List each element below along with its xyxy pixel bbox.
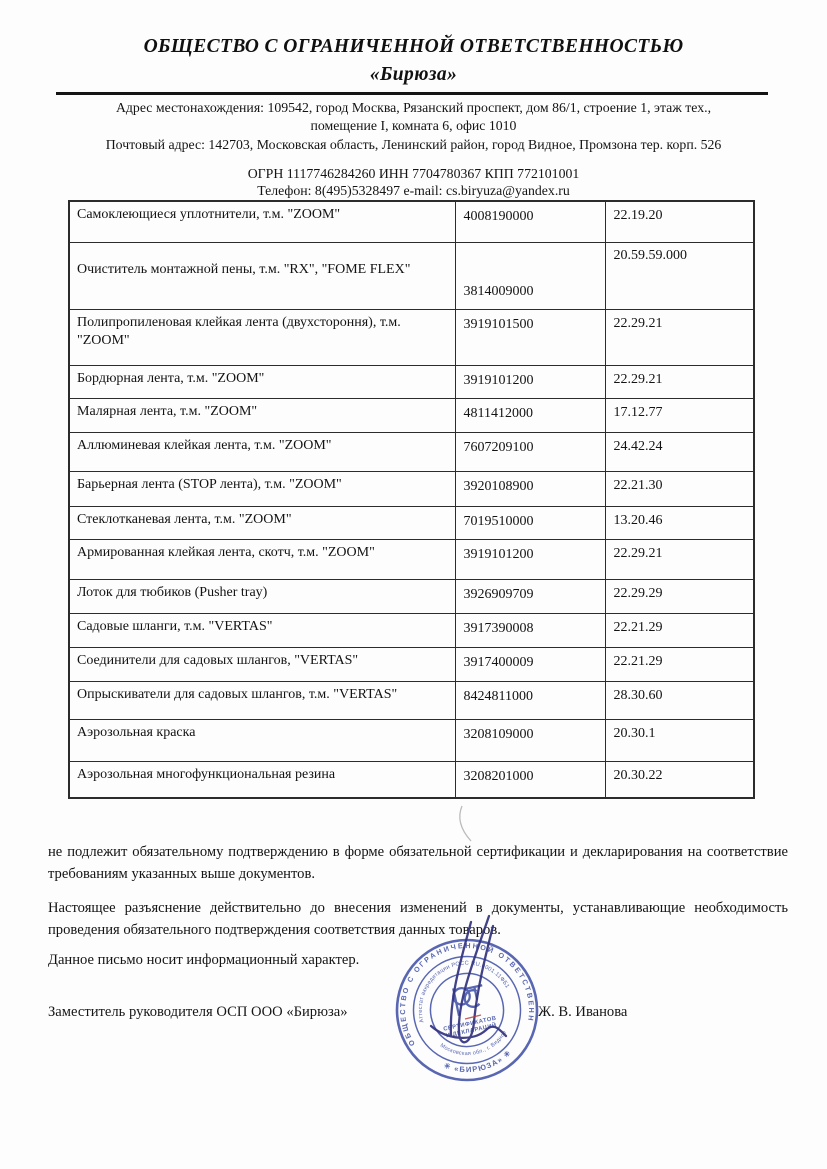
table-row: Опрыскиватели для садовых шлангов, т.м. … xyxy=(69,681,754,719)
tnved-code-cell: 3919101500 xyxy=(455,309,605,365)
table-row: Лоток для тюбиков (Pusher tray) 39269097… xyxy=(69,579,754,613)
tnved-code-cell: 4811412000 xyxy=(455,398,605,432)
product-name-cell: Барьерная лента (STOP лента), т.м. "ZOOM… xyxy=(69,471,455,506)
table-row: Малярная лента, т.м. "ZOOM" 4811412000 1… xyxy=(69,398,754,432)
table-row: Бордюрная лента, т.м. "ZOOM" 3919101200 … xyxy=(69,365,754,398)
org-name-line2: «Бирюза» xyxy=(0,64,827,86)
okpd-code-cell: 28.30.60 xyxy=(605,681,754,719)
tnved-code-cell: 7607209100 xyxy=(455,432,605,471)
product-name-cell: Полипропиленовая клейкая лента (двухстор… xyxy=(69,309,455,365)
okpd-code-cell: 24.42.24 xyxy=(605,432,754,471)
okpd-code-cell: 22.19.20 xyxy=(605,201,754,242)
table-row: Полипропиленовая клейкая лента (двухстор… xyxy=(69,309,754,365)
product-name-cell: Самоклеющиеся уплотнители, т.м. "ZOOM" xyxy=(69,201,455,242)
company-stamp-seal: ОБЩЕСТВО С ОГРАНИЧЕННОЙ ОТВЕТСТВЕННОСТЬЮ… xyxy=(364,907,570,1113)
tnved-code-cell: 8424811000 xyxy=(455,681,605,719)
paragraph-certification: не подлежит обязательному подтверждению … xyxy=(48,842,788,886)
okpd-code-cell: 22.29.29 xyxy=(605,579,754,613)
tnved-code-cell: 3208109000 xyxy=(455,719,605,761)
rst-logo-icon xyxy=(452,982,488,1016)
okpd-code-cell: 20.59.59.000 xyxy=(605,242,754,309)
registration-numbers: ОГРН 1117746284260 ИНН 7704780367 КПП 77… xyxy=(0,166,827,182)
okpd-code-cell: 20.30.1 xyxy=(605,719,754,761)
product-name-cell: Садовые шланги, т.м. "VERTAS" xyxy=(69,613,455,647)
tnved-code-cell: 3920108900 xyxy=(455,471,605,506)
phone-email-line: Телефон: 8(495)5328497 e-mail: cs.biryuz… xyxy=(0,183,827,199)
table-row: Аэрозольная многофункциональная резина 3… xyxy=(69,761,754,798)
table-row: Армированная клейкая лента, скотч, т.м. … xyxy=(69,539,754,579)
tnved-code-cell: 3919101200 xyxy=(455,365,605,398)
okpd-code-cell: 22.29.21 xyxy=(605,309,754,365)
tnved-code-cell: 3917400009 xyxy=(455,647,605,681)
table-row: Стеклотканевая лента, т.м. "ZOOM" 701951… xyxy=(69,506,754,539)
table-row: Очиститель монтажной пены, т.м. "RX", "F… xyxy=(69,242,754,309)
table-row: Аэрозольная краска 3208109000 20.30.1 xyxy=(69,719,754,761)
table-row: Барьерная лента (STOP лента), т.м. "ZOOM… xyxy=(69,471,754,506)
okpd-code-cell: 13.20.46 xyxy=(605,506,754,539)
okpd-code-cell: 20.30.22 xyxy=(605,761,754,798)
tnved-code-cell: 4008190000 xyxy=(455,201,605,242)
products-table-body: Самоклеющиеся уплотнители, т.м. "ZOOM" 4… xyxy=(69,201,754,798)
product-name-cell: Аэрозольная краска xyxy=(69,719,455,761)
tnved-code-cell: 7019510000 xyxy=(455,506,605,539)
okpd-code-cell: 22.29.21 xyxy=(605,539,754,579)
address-line2: помещение I, комната 6, офис 1010 xyxy=(0,118,827,134)
table-row: Соединители для садовых шлангов, "VERTAS… xyxy=(69,647,754,681)
product-name-cell: Очиститель монтажной пены, т.м. "RX", "F… xyxy=(69,242,455,309)
signatory-title: Заместитель руководителя ОСП ООО «Бирюза… xyxy=(48,1004,348,1021)
okpd-code-cell: 22.21.29 xyxy=(605,613,754,647)
products-table: Самоклеющиеся уплотнители, т.м. "ZOOM" 4… xyxy=(68,200,755,799)
okpd-code-cell: 17.12.77 xyxy=(605,398,754,432)
product-name-cell: Опрыскиватели для садовых шлангов, т.м. … xyxy=(69,681,455,719)
okpd-code-cell: 22.29.21 xyxy=(605,365,754,398)
product-name-cell: Соединители для садовых шлангов, "VERTAS… xyxy=(69,647,455,681)
tnved-code-cell: 3814009000 xyxy=(455,242,605,309)
header-divider xyxy=(56,92,768,95)
table-row: Садовые шланги, т.м. "VERTAS" 3917390008… xyxy=(69,613,754,647)
product-name-cell: Аэрозольная многофункциональная резина xyxy=(69,761,455,798)
product-name-cell: Армированная клейкая лента, скотч, т.м. … xyxy=(69,539,455,579)
product-name-cell: Стеклотканевая лента, т.м. "ZOOM" xyxy=(69,506,455,539)
stray-pen-mark xyxy=(460,806,471,841)
org-name-line1: ОБЩЕСТВО С ОГРАНИЧЕННОЙ ОТВЕТСТВЕННОСТЬЮ xyxy=(0,36,827,58)
tnved-code-cell: 3926909709 xyxy=(455,579,605,613)
product-name-cell: Малярная лента, т.м. "ZOOM" xyxy=(69,398,455,432)
tnved-code-cell: 3919101200 xyxy=(455,539,605,579)
product-name-cell: Аллюминевая клейкая лента, т.м. "ZOOM" xyxy=(69,432,455,471)
product-name-cell: Бордюрная лента, т.м. "ZOOM" xyxy=(69,365,455,398)
postal-address: Почтовый адрес: 142703, Московская облас… xyxy=(0,137,827,153)
table-row: Аллюминевая клейкая лента, т.м. "ZOOM" 7… xyxy=(69,432,754,471)
scanned-letter-page: ОБЩЕСТВО С ОГРАНИЧЕННОЙ ОТВЕТСТВЕННОСТЬЮ… xyxy=(0,0,827,1169)
product-name-cell: Лоток для тюбиков (Pusher tray) xyxy=(69,579,455,613)
okpd-code-cell: 22.21.30 xyxy=(605,471,754,506)
table-row: Самоклеющиеся уплотнители, т.м. "ZOOM" 4… xyxy=(69,201,754,242)
okpd-code-cell: 22.21.29 xyxy=(605,647,754,681)
tnved-code-cell: 3208201000 xyxy=(455,761,605,798)
address-line1: Адрес местонахождения: 109542, город Мос… xyxy=(0,100,827,116)
tnved-code-cell: 3917390008 xyxy=(455,613,605,647)
